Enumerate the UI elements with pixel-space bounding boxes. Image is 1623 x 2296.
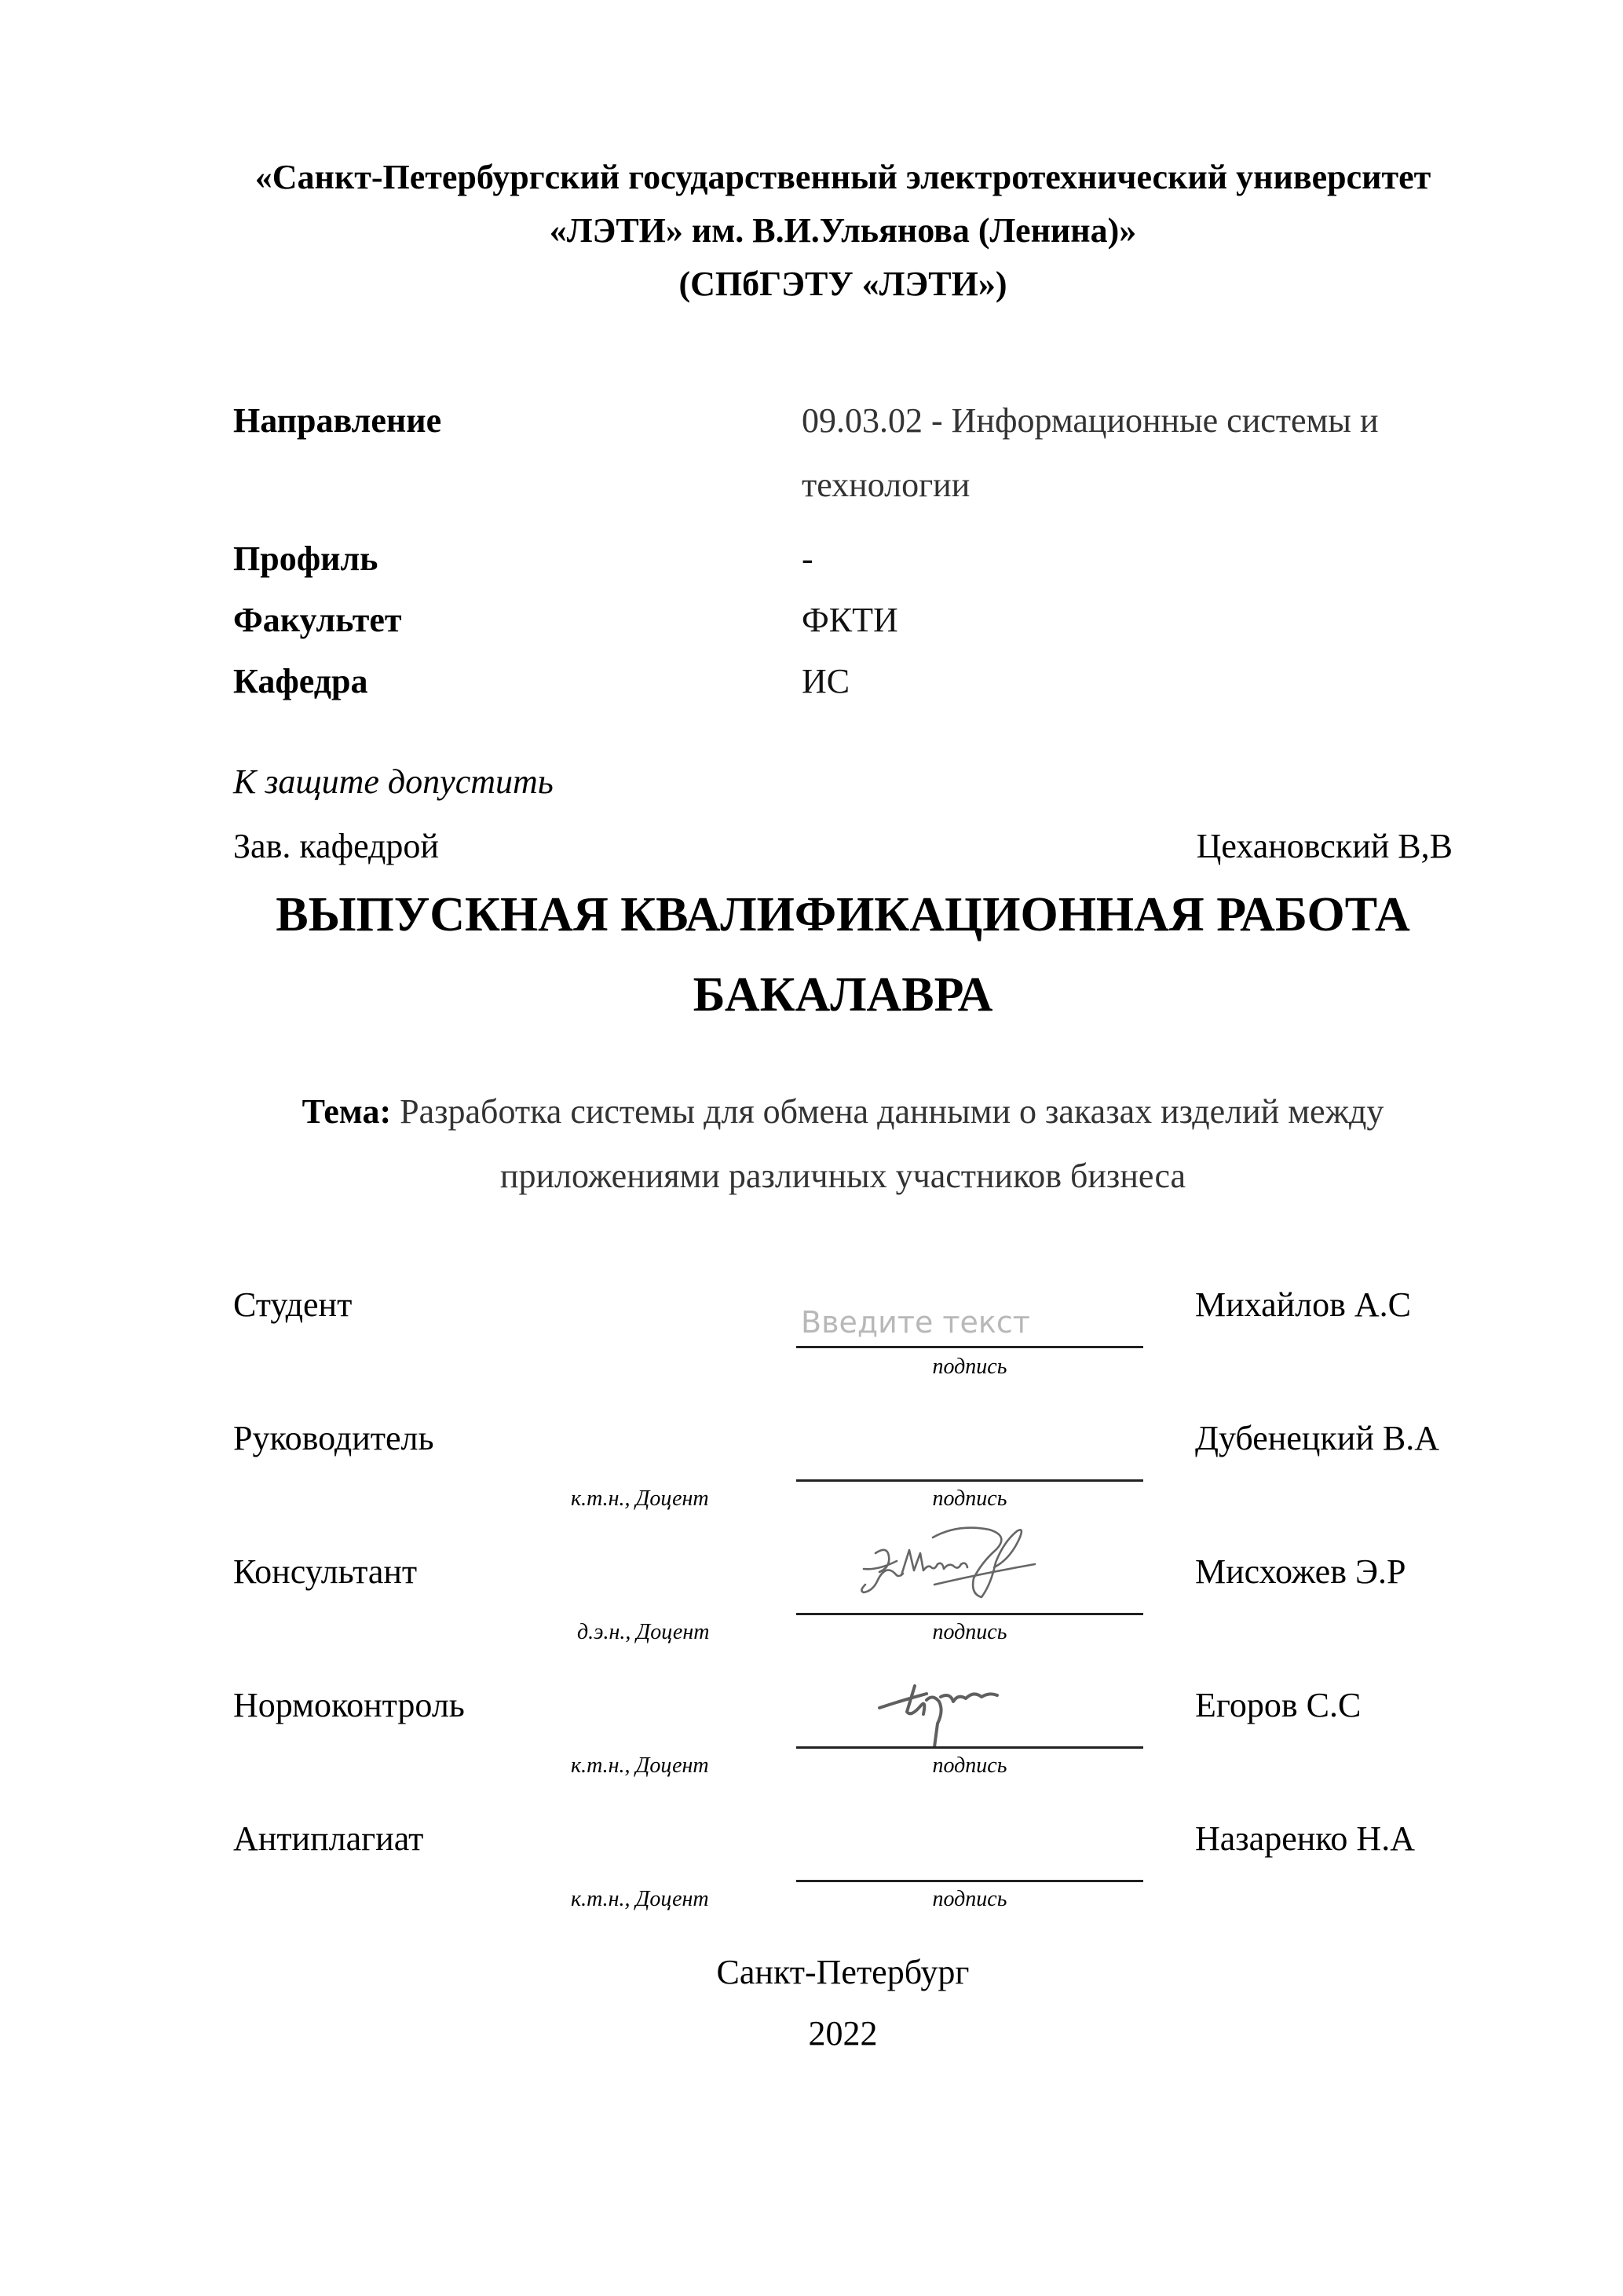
title-page: «Санкт-Петербургский государственный эле… <box>0 0 1623 2296</box>
role-supervisor: Руководитель <box>233 1418 434 1458</box>
approval-name: Цехановский В,В <box>1197 826 1453 866</box>
student-signature-input[interactable]: Введите текст <box>801 1305 1030 1340</box>
name-antiplagiarism: Назаренко Н.А <box>1195 1819 1415 1859</box>
topic-line1: Тема: Разработка системы для обмена данн… <box>31 1091 1623 1132</box>
university-abbreviation: (СПбГЭТУ «ЛЭТИ») <box>31 264 1623 304</box>
document-title-line1: ВЫПУСКНАЯ КВАЛИФИКАЦИОННАЯ РАБОТА <box>31 887 1623 943</box>
footer-year: 2022 <box>31 2013 1623 2053</box>
signature-line-antiplagiarism <box>796 1880 1143 1882</box>
faculty-value: ФКТИ <box>802 600 898 640</box>
name-consultant: Мисхожев Э.Р <box>1195 1552 1406 1592</box>
role-normcontrol: Нормоконтроль <box>233 1685 465 1725</box>
department-label: Кафедра <box>233 661 367 701</box>
role-consultant: Консультант <box>233 1552 417 1592</box>
role-antiplagiarism: Антиплагиат <box>233 1819 423 1859</box>
department-value: ИС <box>802 661 850 701</box>
signature-caption-supervisor: подпись <box>796 1486 1143 1512</box>
role-student: Студент <box>233 1285 352 1325</box>
university-name-line1: «Санкт-Петербургский государственный эле… <box>31 157 1623 197</box>
profile-label: Профиль <box>233 539 378 579</box>
degree-consultant: д.э.н., Доцент <box>577 1620 709 1645</box>
signature-caption-student: подпись <box>796 1355 1143 1380</box>
signature-line-normcontrol <box>796 1746 1143 1749</box>
direction-label: Направление <box>233 400 441 441</box>
signature-caption-antiplagiarism: подпись <box>796 1887 1143 1912</box>
university-name-line2: «ЛЭТИ» им. В.И.Ульянова (Ленина)» <box>31 210 1623 250</box>
footer-city: Санкт-Петербург <box>31 1952 1623 1992</box>
degree-supervisor: к.т.н., Доцент <box>571 1486 709 1512</box>
consultant-signature-image <box>856 1515 1052 1602</box>
topic-text-line1: Разработка системы для обмена данными о … <box>391 1092 1384 1131</box>
degree-antiplagiarism: к.т.н., Доцент <box>571 1887 709 1912</box>
signature-line-supervisor <box>796 1479 1143 1482</box>
profile-value: - <box>802 539 813 579</box>
name-student: Михайлов А.С <box>1195 1285 1411 1325</box>
topic-line2: приложениями различных участников бизнес… <box>31 1156 1623 1196</box>
topic-label: Тема: <box>302 1092 392 1131</box>
direction-value-line2: технологии <box>802 465 970 505</box>
signature-caption-consultant: подпись <box>796 1620 1143 1645</box>
approval-role: Зав. кафедрой <box>233 826 439 866</box>
name-supervisor: Дубенецкий В.А <box>1195 1418 1439 1458</box>
approval-caption: К защите допустить <box>233 762 554 802</box>
document-title-line2: БАКАЛАВРА <box>31 967 1623 1023</box>
signature-line-student <box>796 1346 1143 1348</box>
signature-caption-normcontrol: подпись <box>796 1753 1143 1779</box>
direction-value-line1: 09.03.02 - Информационные системы и <box>802 400 1379 441</box>
faculty-label: Факультет <box>233 600 401 640</box>
name-normcontrol: Егоров С.С <box>1195 1685 1361 1725</box>
signature-line-consultant <box>796 1613 1143 1615</box>
normcontrol-signature-image <box>872 1676 1029 1755</box>
degree-normcontrol: к.т.н., Доцент <box>571 1753 709 1779</box>
